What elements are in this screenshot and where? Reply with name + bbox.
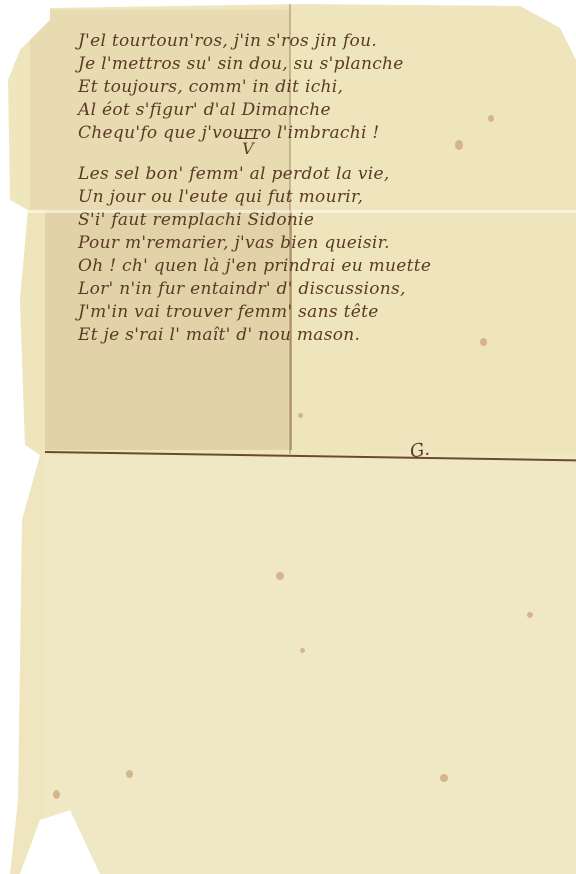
stanza-1: J'el tourtoun'ros, j'in s'ros jin fou. J…	[78, 30, 498, 145]
poem-line: Et je s'rai l' maît' d' nou mason.	[78, 324, 498, 347]
poem-line: Oh ! ch' quen là j'en prindrai eu muette	[78, 255, 498, 278]
poem-line: Al éot s'figur' d'al Dimanche	[78, 99, 498, 122]
signature-mark: G.	[408, 438, 431, 462]
poem-line: Les sel bon' femm' al perdot la vie,	[78, 163, 498, 186]
foxing-spot	[276, 572, 284, 580]
lower-paper-panel	[45, 455, 576, 874]
poem-line: S'i' faut remplachi Sidonie	[78, 209, 498, 232]
poem-line: Lor' n'in fur entaindr' d' discussions,	[78, 278, 498, 301]
poem-line: Pour m'remarier, j'vas bien queisir.	[78, 232, 498, 255]
foxing-spot	[298, 413, 303, 418]
foxing-spot	[527, 612, 533, 618]
poem-line: Chequ'fo que j'vourro l'imbrachi !	[78, 122, 498, 145]
poem-line: Un jour ou l'eute qui fut mourir,	[78, 186, 498, 209]
poem-line: J'm'in vai trouver femm' sans tête	[78, 301, 498, 324]
foxing-spot	[53, 790, 60, 799]
stanza-2: Les sel bon' femm' al perdot la vie, Un …	[78, 163, 498, 347]
poem-line: Et toujours, comm' in dit ichi,	[78, 76, 498, 99]
foxing-spot	[300, 648, 305, 653]
poem-line: J'el tourtoun'ros, j'in s'ros jin fou.	[78, 30, 498, 53]
stanza-numeral-text: V	[238, 138, 258, 158]
foxing-spot	[440, 774, 448, 782]
manuscript-paper: J'el tourtoun'ros, j'in s'ros jin fou. J…	[0, 0, 576, 874]
poem-text: J'el tourtoun'ros, j'in s'ros jin fou. J…	[78, 30, 498, 347]
foxing-spot	[126, 770, 133, 778]
poem-line: Je l'mettros su' sin dou, su s'planche	[78, 53, 498, 76]
